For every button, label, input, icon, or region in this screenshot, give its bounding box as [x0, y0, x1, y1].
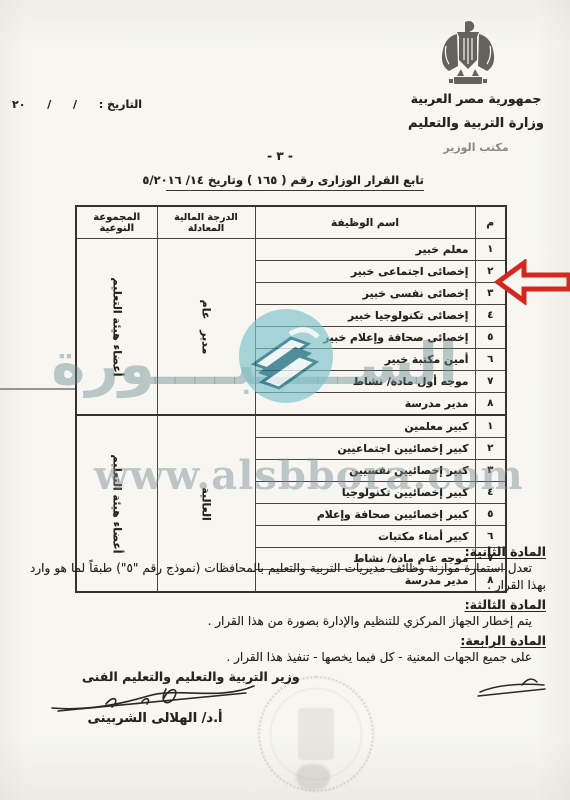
stamp-smudge	[296, 764, 330, 790]
job-cell: إخصائى تكنولوجيا خبير	[255, 305, 475, 327]
grade-vertical-text: العالية	[200, 487, 213, 521]
article-3-heading: المادة الثالثة:	[30, 597, 546, 612]
document-page: التاريخ : / / ٢٠ جمهورية مصر العربية وزا…	[0, 0, 570, 800]
table-header-row: م اسم الوظيفة الدرجة المالية المعادلة ال…	[76, 206, 506, 239]
grade-vertical-text: مدير عام	[200, 299, 213, 354]
job-cell: كبير معلمين	[255, 415, 475, 438]
job-cell: كبير إخصائيين صحافة وإعلام	[255, 504, 475, 526]
egypt-eagle-emblem-icon	[436, 20, 500, 88]
job-cell: كبير إخصائيين اجتماعيين	[255, 438, 475, 460]
col-header-grade: الدرجة المالية المعادلة	[157, 206, 255, 239]
serial-cell: ٧	[475, 371, 506, 393]
serial-cell: ١	[475, 415, 506, 438]
date-slash-day: /	[73, 98, 77, 111]
serial-cell: ٨	[475, 393, 506, 416]
group-cell-group1: أعضاء هيئة التعليم	[76, 239, 157, 416]
red-arrow-annotation-icon	[494, 259, 570, 305]
job-cell: موجه أول مادة/ نشاط	[255, 371, 475, 393]
article-4-body: على جميع الجهات المعنية - كل فيما يخصها …	[30, 649, 546, 666]
article-2-heading: المادة الثانية:	[30, 544, 546, 559]
decree-title: تابع القرار الوزارى رقم ( ١٦٥ ) وتاريخ ١…	[166, 173, 424, 191]
job-cell: إخصائى صحافة وإعلام خبير	[255, 327, 475, 349]
table-row: ١ كبير معلمين العالية أعضاء هيئة التعليم	[76, 415, 506, 438]
serial-cell: ٥	[475, 327, 506, 349]
header-ministry: وزارة التربية والتعليم	[399, 116, 553, 131]
serial-cell: ٤	[475, 305, 506, 327]
date-year: ٢٠	[12, 98, 25, 111]
serial-cell: ٢	[475, 438, 506, 460]
handwritten-signature	[46, 680, 261, 716]
job-cell: أمين مكتبة خبير	[255, 349, 475, 371]
col-header-serial: م	[475, 206, 506, 239]
article-4-heading: المادة الرابعة:	[30, 633, 546, 648]
serial-cell: ٦	[475, 349, 506, 371]
date-label: التاريخ :	[99, 98, 142, 111]
date-line: التاريخ : / / ٢٠	[12, 98, 142, 111]
job-cell: مدير مدرسة	[255, 393, 475, 416]
handwritten-mark	[476, 672, 548, 700]
jobs-table: م اسم الوظيفة الدرجة المالية المعادلة ال…	[75, 205, 507, 593]
job-cell: كبير إخصائيين تكنولوجيا	[255, 482, 475, 504]
article-2-body: تعدل استمارة موازنة وظائف مديريات التربي…	[30, 560, 546, 594]
page-number: - ٣ -	[258, 149, 302, 163]
table-row: ١ معلم خبير مدير عام أعضاء هيئة التعليم	[76, 239, 506, 261]
grade-cell-group1: مدير عام	[157, 239, 255, 416]
group-vertical-text: أعضاء هيئة التعليم	[110, 277, 123, 376]
serial-cell: ١	[475, 239, 506, 261]
job-cell: إخصائى اجتماعى خبير	[255, 261, 475, 283]
articles-section: المادة الثانية: تعدل استمارة موازنة وظائ…	[30, 541, 546, 666]
scan-line-artifact	[0, 388, 76, 390]
header-country: جمهورية مصر العربية	[406, 91, 546, 106]
col-header-job: اسم الوظيفة	[255, 206, 475, 239]
article-3-body: يتم إخطار الجهاز المركزي للتنظيم والإدار…	[30, 613, 546, 630]
date-slash-month: /	[47, 98, 51, 111]
col-header-group: المجموعة النوعية	[76, 206, 157, 239]
group-vertical-text: أعضاء هيئة التعليم	[110, 454, 123, 553]
header-office: مكتب الوزير	[426, 141, 526, 154]
serial-cell: ٥	[475, 504, 506, 526]
serial-cell: ٣	[475, 460, 506, 482]
serial-cell: ٤	[475, 482, 506, 504]
job-cell: إخصائى نفسى خبير	[255, 283, 475, 305]
job-cell: معلم خبير	[255, 239, 475, 261]
job-cell: كبير إخصائيين نفسيين	[255, 460, 475, 482]
